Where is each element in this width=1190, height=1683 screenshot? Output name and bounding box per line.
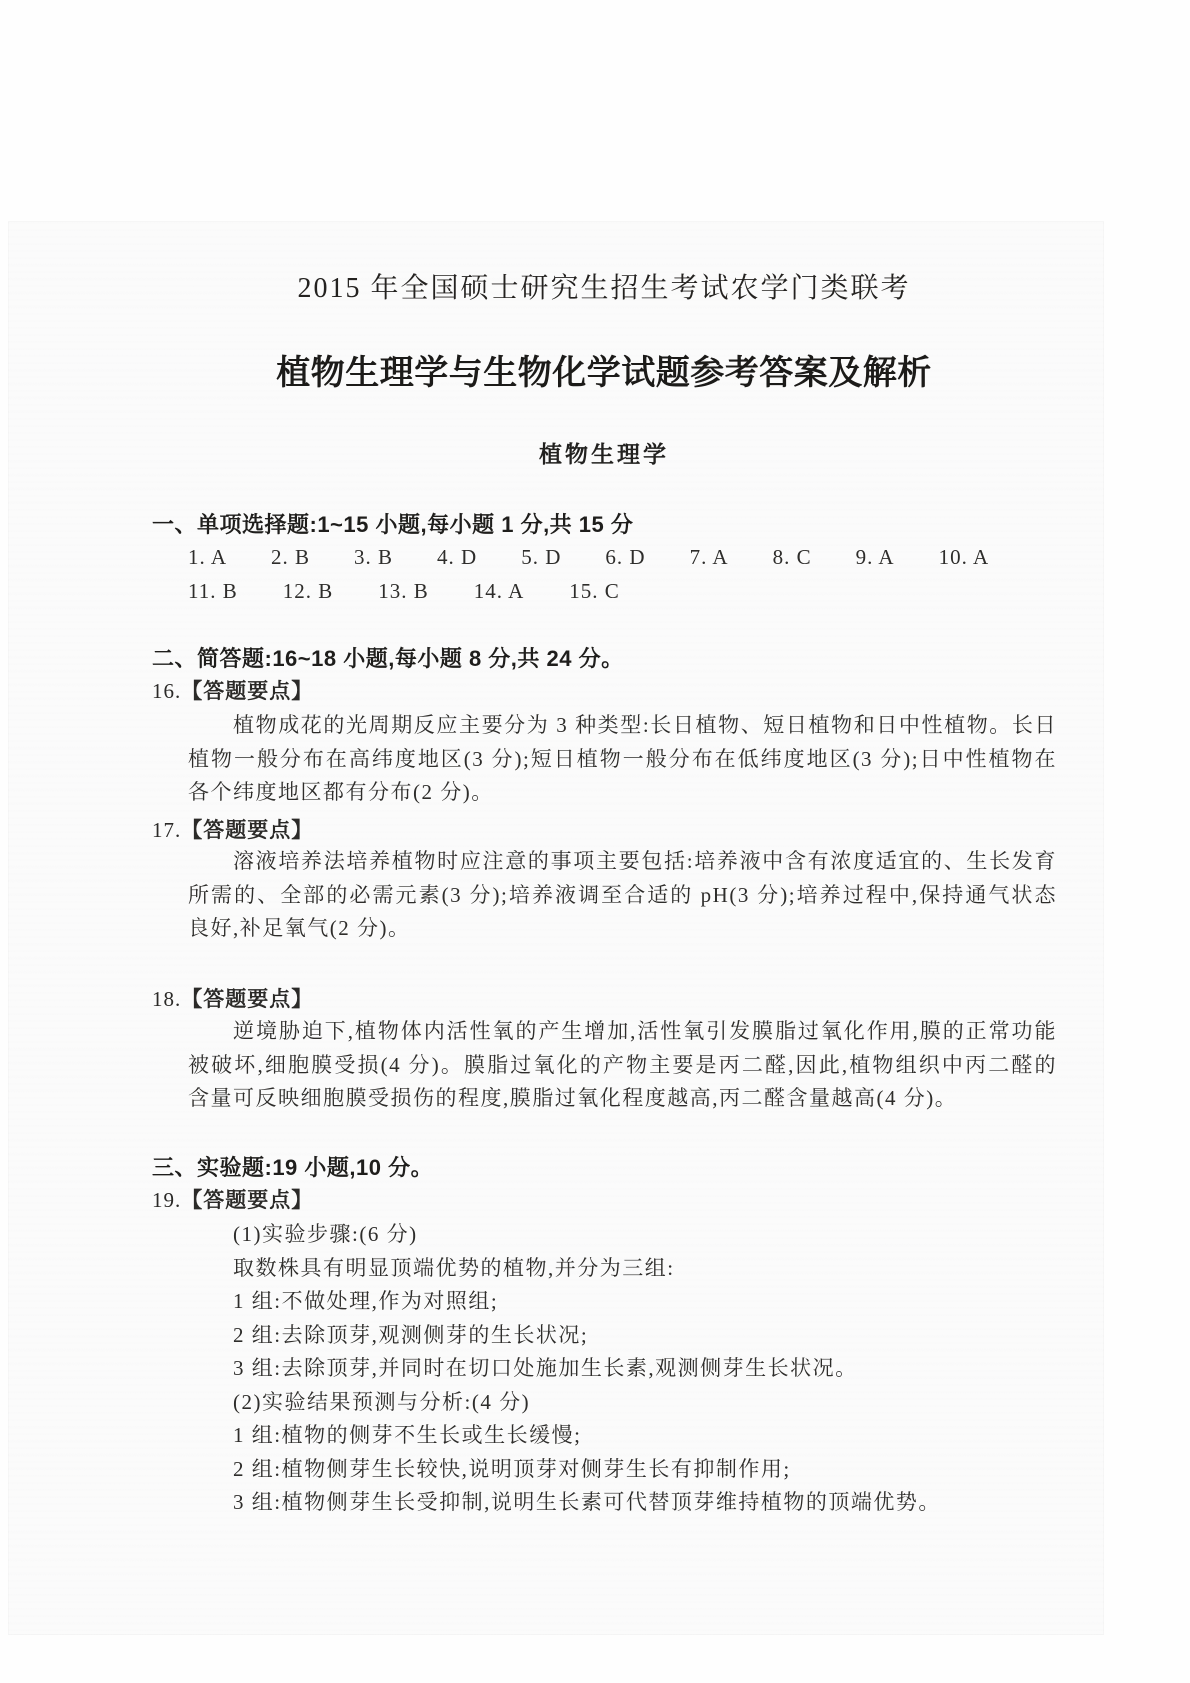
answer-item-9: 9. A [856,544,895,570]
answer-item-3: 3. B [354,544,393,570]
section-short-answer-heading: 二、简答题:16~18 小题,每小题 8 分,共 24 分。 [152,646,624,672]
question-19-answer: (1)实验步骤:(6 分) 取数株具有明显顶端优势的植物,并分为三组: 1 组:… [233,1218,1057,1520]
section-experiment-heading: 三、实验题:19 小题,10 分。 [152,1155,433,1181]
q19-step-heading: (1)实验步骤:(6 分) [233,1218,1057,1252]
q19-result-group-2: 2 组:植物侧芽生长较快,说明顶芽对侧芽生长有抑制作用; [233,1453,1057,1487]
q19-result-group-3: 3 组:植物侧芽生长受抑制,说明生长素可代替顶芽维持植物的顶端优势。 [233,1486,1057,1520]
question-16-label: 16.【答题要点】 [152,678,313,704]
question-18-number: 18. [152,987,181,1011]
choice-answers-row-1: 1. A 2. B 3. B 4. D 5. D 6. D 7. A 8. C … [188,544,989,570]
q19-step-setup: 取数株具有明显顶端优势的植物,并分为三组: [233,1252,1057,1286]
q16-line-2: 植物一般分布在高纬度地区(3 分);短日植物一般分布在低纬度地区(3 分);日中… [188,743,1057,777]
q17-line-1: 溶液培养法培养植物时应注意的事项主要包括:培养液中含有浓度适宜的、生长发育 [188,845,1057,879]
choice-answers-row-2: 11. B 12. B 13. B 14. A 15. C [188,578,620,604]
q18-line-1: 逆境胁迫下,植物体内活性氧的产生增加,活性氧引发膜脂过氧化作用,膜的正常功能 [188,1015,1057,1049]
q19-step-group-3: 3 组:去除顶芽,并同时在切口处施加生长素,观测侧芽生长状况。 [233,1352,1057,1386]
subject-heading: 植物生理学 [14,440,1190,468]
question-18-answer: 逆境胁迫下,植物体内活性氧的产生增加,活性氧引发膜脂过氧化作用,膜的正常功能 被… [188,1015,1057,1116]
answer-item-7: 7. A [690,544,729,570]
answers-title: 植物生理学与生物化学试题参考答案及解析 [14,353,1190,395]
q16-line-1: 植物成花的光周期反应主要分为 3 种类型:长日植物、短日植物和日中性植物。长日 [188,709,1057,743]
question-17-number: 17. [152,818,181,842]
q18-line-2: 被破坏,细胞膜受损(4 分)。膜脂过氧化的产物主要是丙二醛,因此,植物组织中丙二… [188,1049,1057,1083]
section-choice-heading: 一、单项选择题:1~15 小题,每小题 1 分,共 15 分 [152,512,633,538]
question-19-key-points-label: 【答题要点】 [181,1188,313,1212]
answer-item-10: 10. A [939,544,990,570]
answer-item-13: 13. B [378,578,429,604]
q17-line-2: 所需的、全部的必需元素(3 分);培养液调至合适的 pH(3 分);培养过程中,… [188,879,1057,913]
answer-item-4: 4. D [437,544,477,570]
answer-item-5: 5. D [521,544,561,570]
question-17-answer: 溶液培养法培养植物时应注意的事项主要包括:培养液中含有浓度适宜的、生长发育 所需… [188,845,1057,946]
question-19-label: 19.【答题要点】 [152,1187,313,1213]
question-18-key-points-label: 【答题要点】 [181,987,313,1011]
question-17-label: 17.【答题要点】 [152,817,313,843]
q16-line-3: 各个纬度地区都有分布(2 分)。 [188,776,1057,810]
answer-item-12: 12. B [283,578,334,604]
answer-item-11: 11. B [188,578,238,604]
answer-item-15: 15. C [569,578,620,604]
question-16-number: 16. [152,679,181,703]
q19-result-heading: (2)实验结果预测与分析:(4 分) [233,1386,1057,1420]
question-16-answer: 植物成花的光周期反应主要分为 3 种类型:长日植物、短日植物和日中性植物。长日 … [188,709,1057,810]
answer-item-8: 8. C [773,544,812,570]
question-18-label: 18.【答题要点】 [152,986,313,1012]
q19-step-group-2: 2 组:去除顶芽,观测侧芽的生长状况; [233,1319,1057,1353]
answer-item-1: 1. A [188,544,227,570]
q19-step-group-1: 1 组:不做处理,作为对照组; [233,1285,1057,1319]
question-17-key-points-label: 【答题要点】 [181,818,313,842]
exam-title: 2015 年全国硕士研究生招生考试农学门类联考 [14,272,1190,306]
q18-line-3: 含量可反映细胞膜受损伤的程度,膜脂过氧化程度越高,丙二醛含量越高(4 分)。 [188,1082,1057,1116]
q19-result-group-1: 1 组:植物的侧芽不生长或生长缓慢; [233,1419,1057,1453]
answer-item-14: 14. A [474,578,525,604]
answer-item-6: 6. D [605,544,645,570]
q17-line-3: 良好,补足氧气(2 分)。 [188,912,1057,946]
question-19-number: 19. [152,1188,181,1212]
question-16-key-points-label: 【答题要点】 [181,679,313,703]
answer-item-2: 2. B [271,544,310,570]
